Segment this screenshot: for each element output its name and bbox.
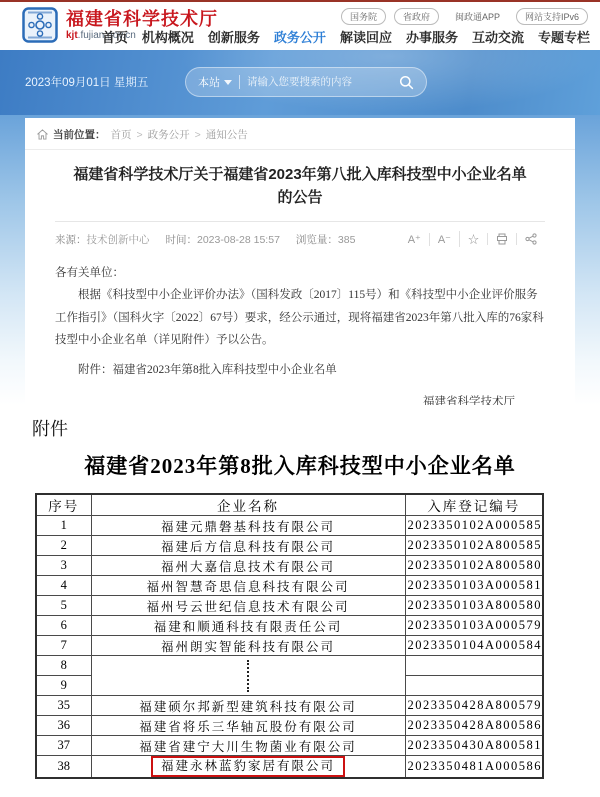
table-row: 2福建后方信息科技有限公司2023350102A8005850: [36, 536, 543, 556]
breadcrumb: 当前位置： 首页>政务公开>通知公告: [25, 118, 575, 150]
breadcrumb-label: 当前位置：: [53, 127, 106, 142]
time-label: 时间：: [166, 234, 198, 246]
company-table: 序号 企业名称 入库登记编号 1福建元鼎磐基科技有限公司2023350102A0…: [35, 493, 544, 779]
font-decrease-button[interactable]: A⁻: [429, 233, 459, 246]
table-row: 35福建硕尔邦新型建筑科技有限公司2023350428A8005793: [36, 696, 543, 716]
quick-link-provincial-gov[interactable]: 省政府: [394, 8, 439, 25]
table-row: 1福建元鼎磐基科技有限公司2023350102A0005855: [36, 516, 543, 536]
highlighted-company-name: 福建永林蓝豹家居有限公司: [151, 756, 345, 777]
table-row: 4福州智慧奇思信息科技有限公司2023350103A0005816: [36, 576, 543, 596]
vertical-ellipsis: [247, 660, 249, 692]
row-number-cell: 4: [36, 576, 91, 596]
registration-code-cell: [405, 656, 543, 676]
quick-link-ipv6-support[interactable]: 网站支持IPv6: [516, 8, 588, 25]
share-icon[interactable]: [516, 233, 545, 245]
row-number-cell: 8: [36, 656, 91, 676]
signature-name: 福建省科学技术厅: [55, 393, 545, 405]
company-name-cell: 福建省将乐三华轴瓦股份有限公司: [91, 716, 405, 736]
site-url-prefix: kjt: [66, 30, 78, 41]
table-row: 3福州大嘉信息技术有限公司2023350102A8005803: [36, 556, 543, 576]
row-number-cell: 37: [36, 736, 91, 756]
registration-code-cell: 2023350103A8005801: [405, 596, 543, 616]
registration-code-cell: 2023350102A0005855: [405, 516, 543, 536]
quick-link-minzhengtong-app[interactable]: 闽政通APP: [447, 9, 508, 24]
registration-code-cell: 2023350104A0005845: [405, 636, 543, 656]
row-number-cell: 3: [36, 556, 91, 576]
table-header-row: 序号 企业名称 入库登记编号: [36, 494, 543, 516]
views-value: 385: [338, 234, 356, 246]
article: 福建省科学技术厅关于福建省2023年第八批入库科技型中小企业名单的公告 来源：技…: [25, 164, 575, 405]
company-name-cell: 福建省建宁大川生物菌业有限公司: [91, 736, 405, 756]
source-value: 技术创新中心: [87, 234, 150, 246]
salutation: 各有关单位：: [55, 262, 545, 284]
column-header-code: 入库登记编号: [405, 494, 543, 516]
signature-block: 福建省科学技术厅 2023年8月28日: [55, 393, 545, 405]
article-meta: 来源：技术创新中心 时间：2023-08-28 15:57 浏览量：385 A⁺…: [55, 222, 545, 247]
table-row: 8: [36, 656, 543, 676]
search-scope-dropdown[interactable]: 本站: [198, 74, 232, 90]
font-increase-button[interactable]: A⁺: [400, 233, 429, 246]
article-title: 福建省科学技术厅关于福建省2023年第八批入库科技型中小企业名单的公告: [71, 164, 529, 209]
attachment-preview: 附件 福建省2023年第8批入库科技型中小企业名单 序号 企业名称 入库登记编号…: [0, 405, 600, 779]
company-name-cell: 福建和顺通科技有限责任公司: [91, 616, 405, 636]
breadcrumb-item-notices[interactable]: 通知公告: [206, 127, 248, 142]
registration-code-cell: 2023350428A8005793: [405, 696, 543, 716]
chevron-down-icon: [224, 80, 232, 85]
company-name-cell: 福建元鼎磐基科技有限公司: [91, 516, 405, 536]
article-card: 当前位置： 首页>政务公开>通知公告 福建省科学技术厅关于福建省2023年第八批…: [25, 118, 575, 405]
table-row: 36福建省将乐三华轴瓦股份有限公司2023350428A8005867: [36, 716, 543, 736]
site-logo-icon: [22, 7, 58, 43]
search-divider: [239, 75, 240, 89]
row-number-cell: 2: [36, 536, 91, 556]
views-label: 浏览量：: [296, 234, 338, 246]
registration-code-cell: 2023350430A8005812: [405, 736, 543, 756]
table-row: 6福建和顺通科技有限责任公司2023350103A0005795: [36, 616, 543, 636]
row-number-cell: 9: [36, 676, 91, 696]
quick-link-state-council[interactable]: 国务院: [341, 8, 386, 25]
company-name-cell: 福州号云世纪信息技术有限公司: [91, 596, 405, 616]
search-input[interactable]: [247, 76, 392, 88]
nav-item-home[interactable]: 首页: [102, 27, 128, 46]
hero-banner: 2023年09月01日 星期五 本站: [0, 50, 600, 115]
company-name-cell: 福建后方信息科技有限公司: [91, 536, 405, 556]
search-bar: 本站: [185, 67, 427, 97]
table-row: 37福建省建宁大川生物菌业有限公司2023350430A8005812: [36, 736, 543, 756]
row-number-cell: 7: [36, 636, 91, 656]
search-icon[interactable]: [399, 75, 414, 90]
company-table-body: 1福建元鼎磐基科技有限公司2023350102A00058552福建后方信息科技…: [36, 516, 543, 779]
row-number-cell: 38: [36, 756, 91, 779]
nav-item-innovation-services[interactable]: 创新服务: [208, 27, 260, 46]
header-quick-links: 国务院省政府闽政通APP网站支持IPv6: [341, 8, 588, 25]
current-date: 2023年09月01日 星期五: [25, 74, 148, 90]
nav-item-org-overview[interactable]: 机构概况: [142, 27, 194, 46]
nav-item-interpretation[interactable]: 解读回应: [340, 27, 392, 46]
nav-item-special-columns[interactable]: 专题专栏: [538, 27, 590, 46]
breadcrumb-item-home[interactable]: 首页: [111, 127, 132, 142]
company-name-cell: [91, 656, 405, 696]
source-label: 来源：: [55, 234, 87, 246]
row-number-cell: 5: [36, 596, 91, 616]
article-views: 浏览量：385: [296, 232, 356, 247]
nav-item-interaction[interactable]: 互动交流: [472, 27, 524, 46]
registration-code-cell: 2023350103A0005795: [405, 616, 543, 636]
breadcrumb-separator: >: [137, 129, 143, 141]
breadcrumb-items: 首页>政务公开>通知公告: [111, 127, 248, 142]
body-paragraph: 根据《科技型中小企业评价办法》（国科发政〔2017〕115号）和《科技型中小企业…: [55, 284, 545, 351]
company-name-cell: 福州大嘉信息技术有限公司: [91, 556, 405, 576]
favorite-star-icon[interactable]: ☆: [459, 231, 487, 247]
article-tools: A⁺ A⁻ ☆: [400, 231, 545, 247]
registration-code-cell: 2023350481A0005868: [405, 756, 543, 779]
company-name-cell: 福建硕尔邦新型建筑科技有限公司: [91, 696, 405, 716]
registration-code-cell: 2023350103A0005816: [405, 576, 543, 596]
table-row: 5福州号云世纪信息技术有限公司2023350103A8005801: [36, 596, 543, 616]
row-number-cell: 35: [36, 696, 91, 716]
article-meta-left: 来源：技术创新中心 时间：2023-08-28 15:57 浏览量：385: [55, 232, 355, 247]
table-row: 7福州朗实智能科技有限公司2023350104A0005845: [36, 636, 543, 656]
main-nav: 首页机构概况创新服务政务公开解读回应办事服务互动交流专题专栏: [102, 27, 590, 46]
company-name-cell: 福州智慧奇思信息科技有限公司: [91, 576, 405, 596]
location-icon: [37, 129, 48, 140]
row-number-cell: 6: [36, 616, 91, 636]
page-background: 当前位置： 首页>政务公开>通知公告 福建省科学技术厅关于福建省2023年第八批…: [0, 115, 600, 405]
row-number-cell: 1: [36, 516, 91, 536]
print-icon[interactable]: [487, 233, 516, 245]
column-header-no: 序号: [36, 494, 91, 516]
breadcrumb-item-gov-affairs[interactable]: 政务公开: [148, 127, 190, 142]
article-time: 时间：2023-08-28 15:57: [166, 232, 280, 247]
registration-code-cell: 2023350102A8005803: [405, 556, 543, 576]
article-source: 来源：技术创新中心: [55, 232, 150, 247]
table-row: 38福建永林蓝豹家居有限公司2023350481A0005868: [36, 756, 543, 779]
nav-item-work-services[interactable]: 办事服务: [406, 27, 458, 46]
site-header: 福建省科学技术厅 kjt.fujian.gov.cn 国务院省政府闽政通APP网…: [0, 2, 600, 50]
breadcrumb-separator: >: [195, 129, 201, 141]
column-header-name: 企业名称: [91, 494, 405, 516]
registration-code-cell: 2023350428A8005867: [405, 716, 543, 736]
company-name-cell: 福州朗实智能科技有限公司: [91, 636, 405, 656]
company-table-title: 福建省2023年第8批入库科技型中小企业名单: [0, 450, 600, 480]
search-scope-label: 本站: [198, 74, 220, 90]
article-body: 各有关单位： 根据《科技型中小企业评价办法》（国科发政〔2017〕115号）和《…: [55, 262, 545, 381]
attachment-section-label: 附件: [0, 415, 600, 441]
time-value: 2023-08-28 15:57: [197, 234, 280, 246]
registration-code-cell: 2023350102A8005850: [405, 536, 543, 556]
registration-code-cell: [405, 676, 543, 696]
company-name-cell: 福建永林蓝豹家居有限公司: [91, 756, 405, 779]
attachment-line: 附件：福建省2023年第8批入库科技型中小企业名单: [55, 359, 545, 381]
nav-item-gov-affairs[interactable]: 政务公开: [274, 27, 326, 46]
row-number-cell: 36: [36, 716, 91, 736]
